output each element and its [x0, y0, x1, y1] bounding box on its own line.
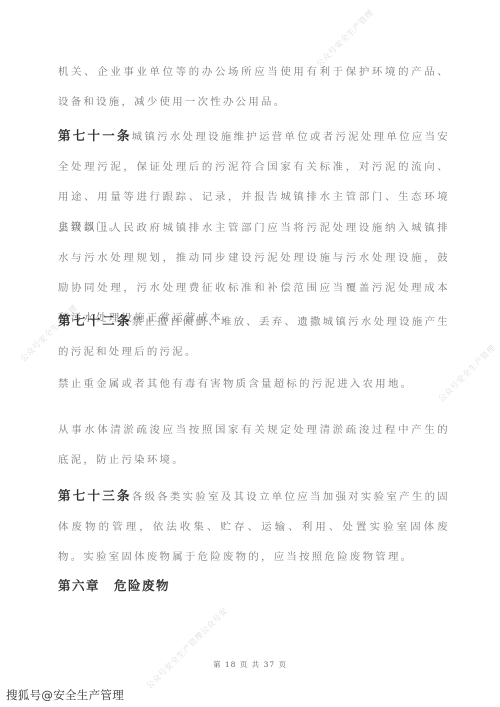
document-page: 公众号安全生产管理 公众号安全生产管理 公众号安全生产管理 公众号安全生产管理公… [0, 0, 500, 707]
paragraph-text: 机关、企业事业单位等的办公场所应当使用有利于保护环境的产品、设备和设施，减少使用… [58, 66, 450, 108]
article-number: 第七十二条 [58, 313, 132, 328]
chapter-number: 第六章 [58, 578, 100, 593]
article-number: 第七十一条 [58, 128, 132, 143]
source-attribution: 搜狐号@安全生产管理 [6, 687, 124, 703]
paragraph: 从事水体清淤疏浚应当按照国家有关规定处理清淤疏浚过程中产生的底泥，防止污染环境。 [58, 415, 450, 475]
article-number: 第七十三条 [58, 488, 132, 503]
watermark: 公众号安全生产管理公众号安 [144, 605, 230, 691]
chapter-title: 危险废物 [114, 578, 170, 593]
paragraph-text: 禁止重金属或者其他有毒有害物质含量超标的污泥进入农用地。 [58, 378, 413, 390]
article-72: 第七十二条禁止擅自倾倒、堆放、丢弃、遗撒城镇污水处理设施产生的污泥和处理后的污泥… [58, 306, 450, 367]
paragraph: 机关、企业事业单位等的办公场所应当使用有利于保护环境的产品、设备和设施，减少使用… [58, 57, 450, 117]
page-number-footer: 第 18 页 共 37 页 [0, 659, 500, 670]
paragraph: 禁止重金属或者其他有毒有害物质含量超标的污泥进入农用地。 [58, 369, 450, 399]
paragraph-text: 从事水体清淤疏浚应当按照国家有关规定处理清淤疏浚过程中产生的底泥，防止污染环境。 [58, 424, 450, 466]
article-73: 第七十三条各级各类实验室及其设立单位应当加强对实验室产生的固体废物的管理，依法收… [58, 481, 450, 572]
chapter-heading: 第六章危险废物 [58, 576, 170, 594]
